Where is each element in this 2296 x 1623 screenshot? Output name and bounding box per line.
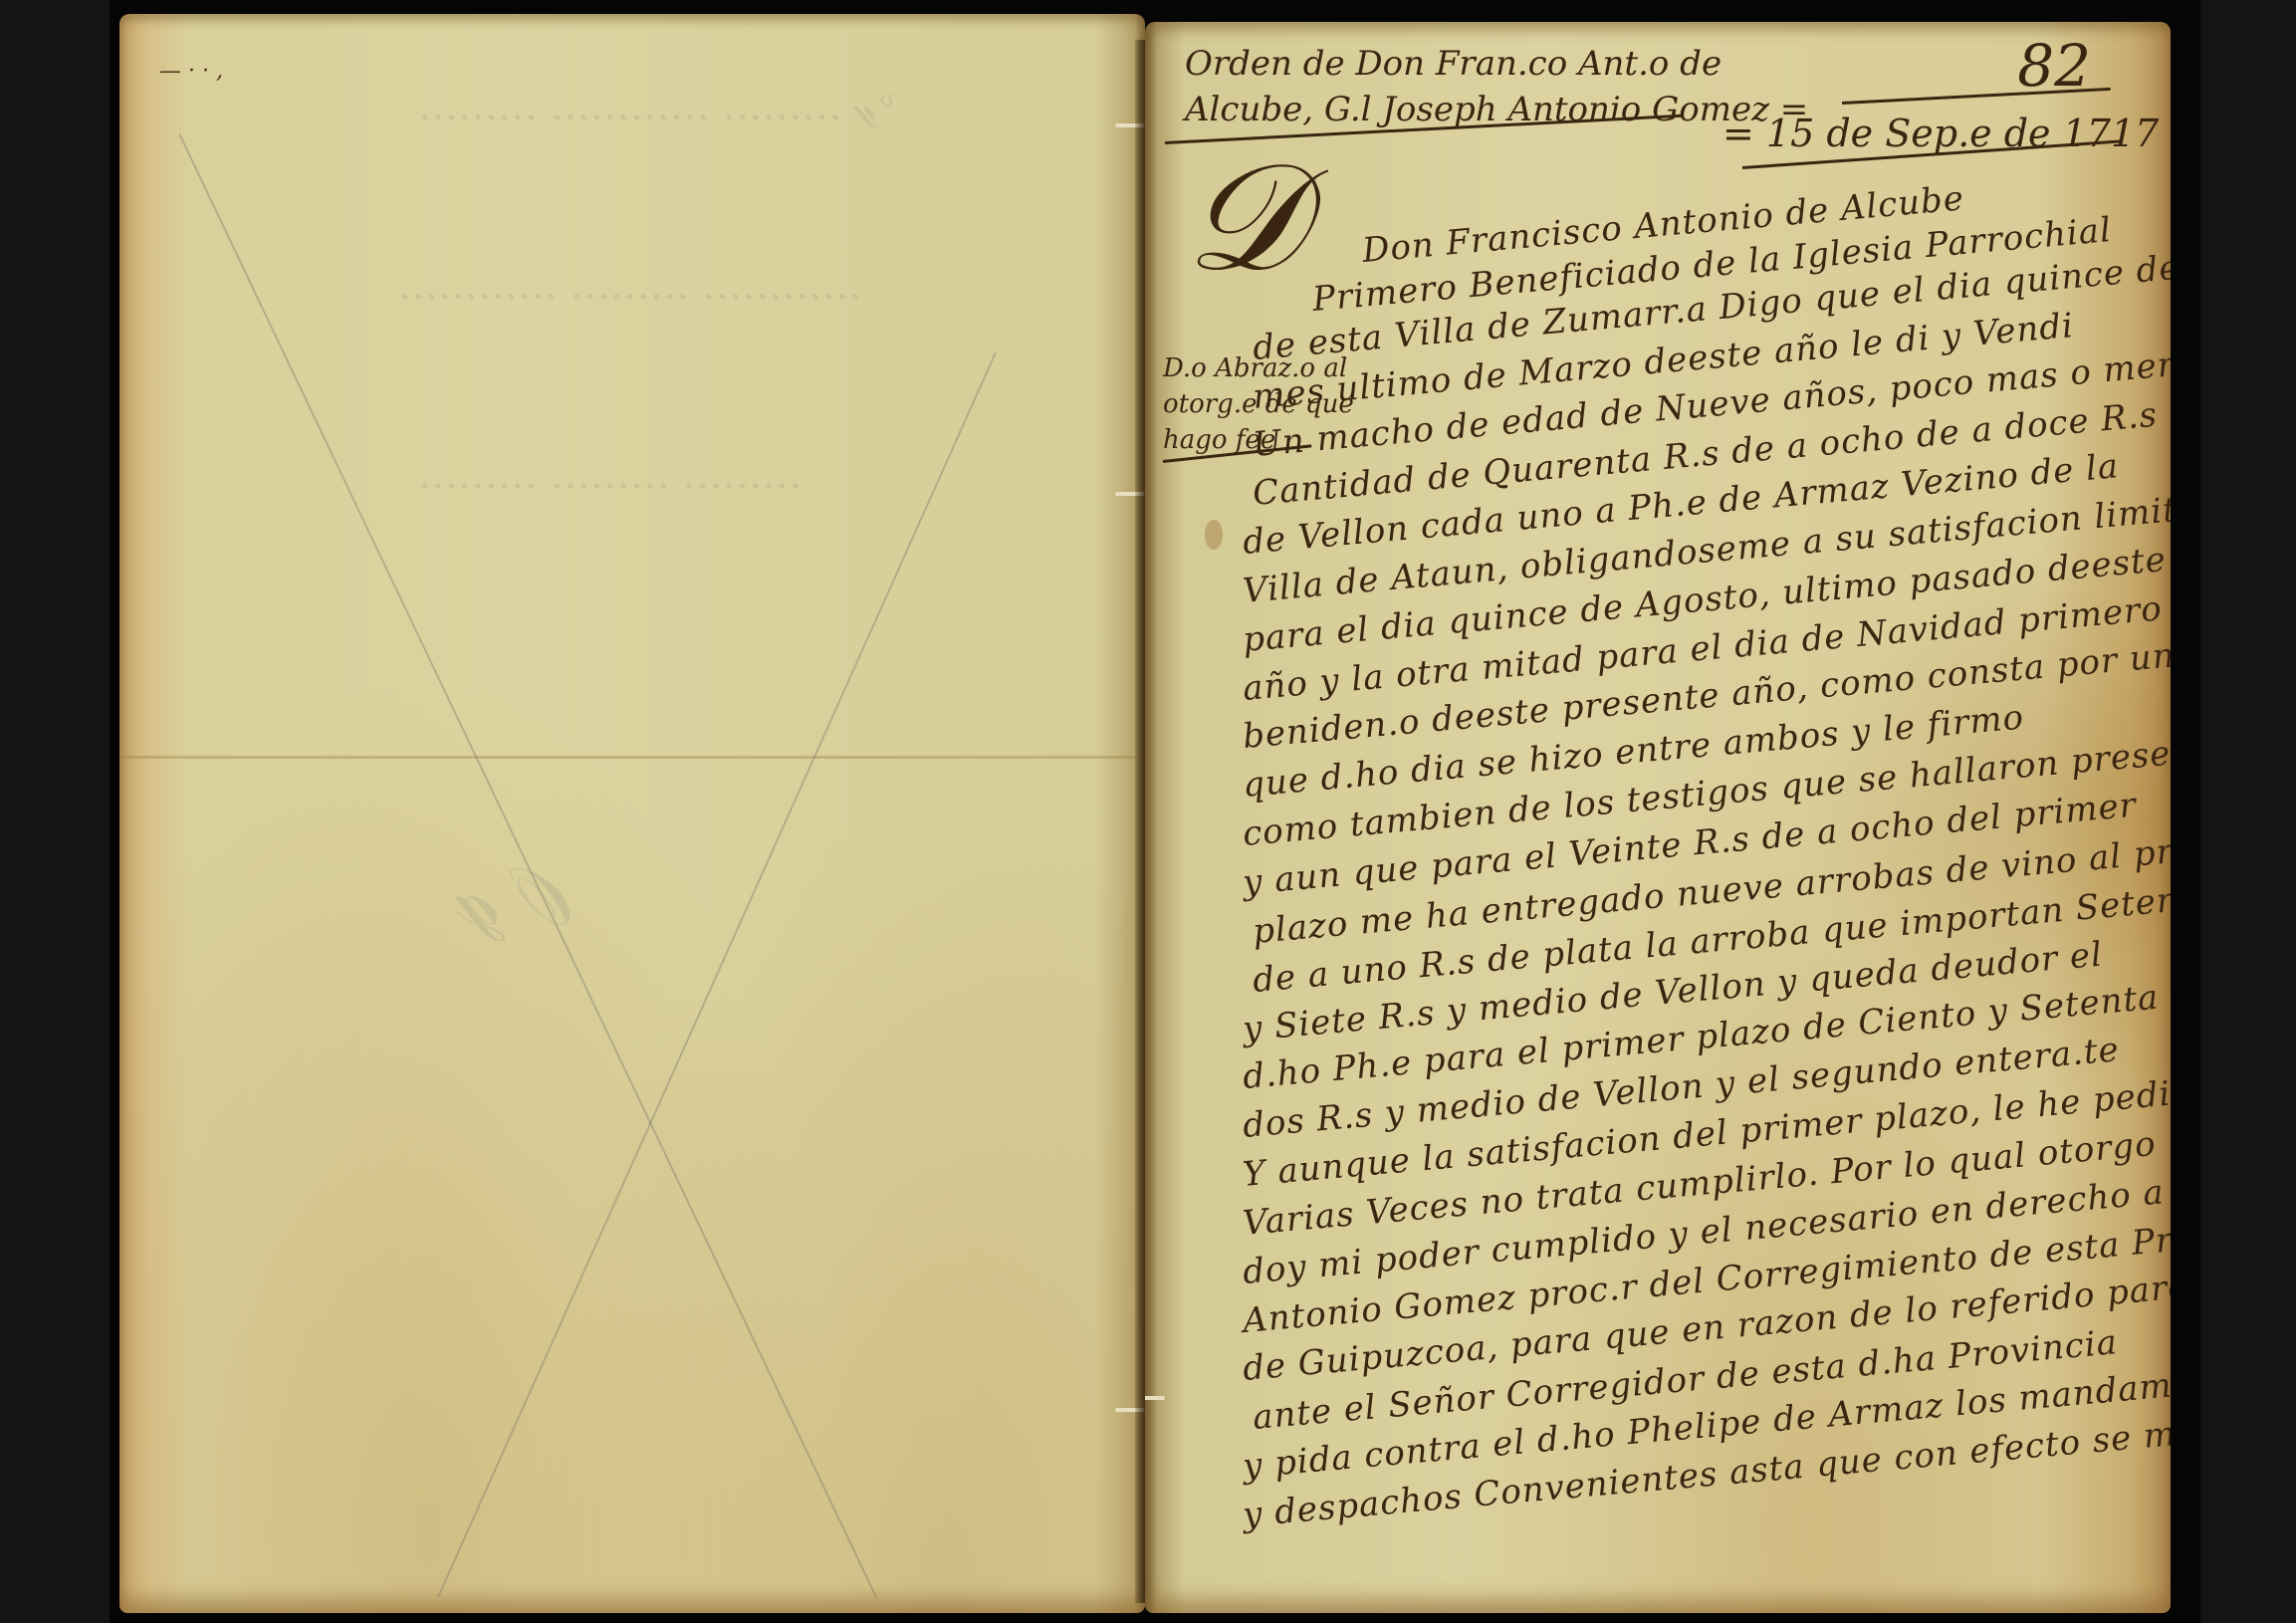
header-line-1: Orden de Don Fran.co Ant.o de xyxy=(1185,44,1722,84)
left-page: — · · , ᶹ𝓎 ……… ………… ……… ………… ……… ………… ……… xyxy=(119,14,1145,1613)
bleed-through-text: ………… ……… ………… xyxy=(398,263,861,309)
bleed-through-text: ……… ……… ……… xyxy=(418,452,802,498)
decorative-initial-d: 𝒟 xyxy=(1185,131,1304,308)
fold-crease xyxy=(119,756,1145,759)
bleed-through-text: 𝒪 ℊ xyxy=(458,850,577,944)
scan-area: — · · , ᶹ𝓎 ……… ………… ……… ………… ……… ………… ……… xyxy=(110,0,2200,1623)
left-page-mark: — · · , xyxy=(159,59,223,84)
ink-stain xyxy=(1205,520,1223,550)
header-date: = 15 de Sep.e de 1717 = xyxy=(1722,112,2171,155)
pencil-cross-mark xyxy=(179,104,1075,1597)
bleed-through-text: ᶹ𝓎 ……… ………… ……… xyxy=(418,84,896,129)
right-page: 82 Orden de Don Fran.co Ant.o de Alcube,… xyxy=(1145,22,2171,1613)
binding-thread xyxy=(1145,1396,1165,1400)
